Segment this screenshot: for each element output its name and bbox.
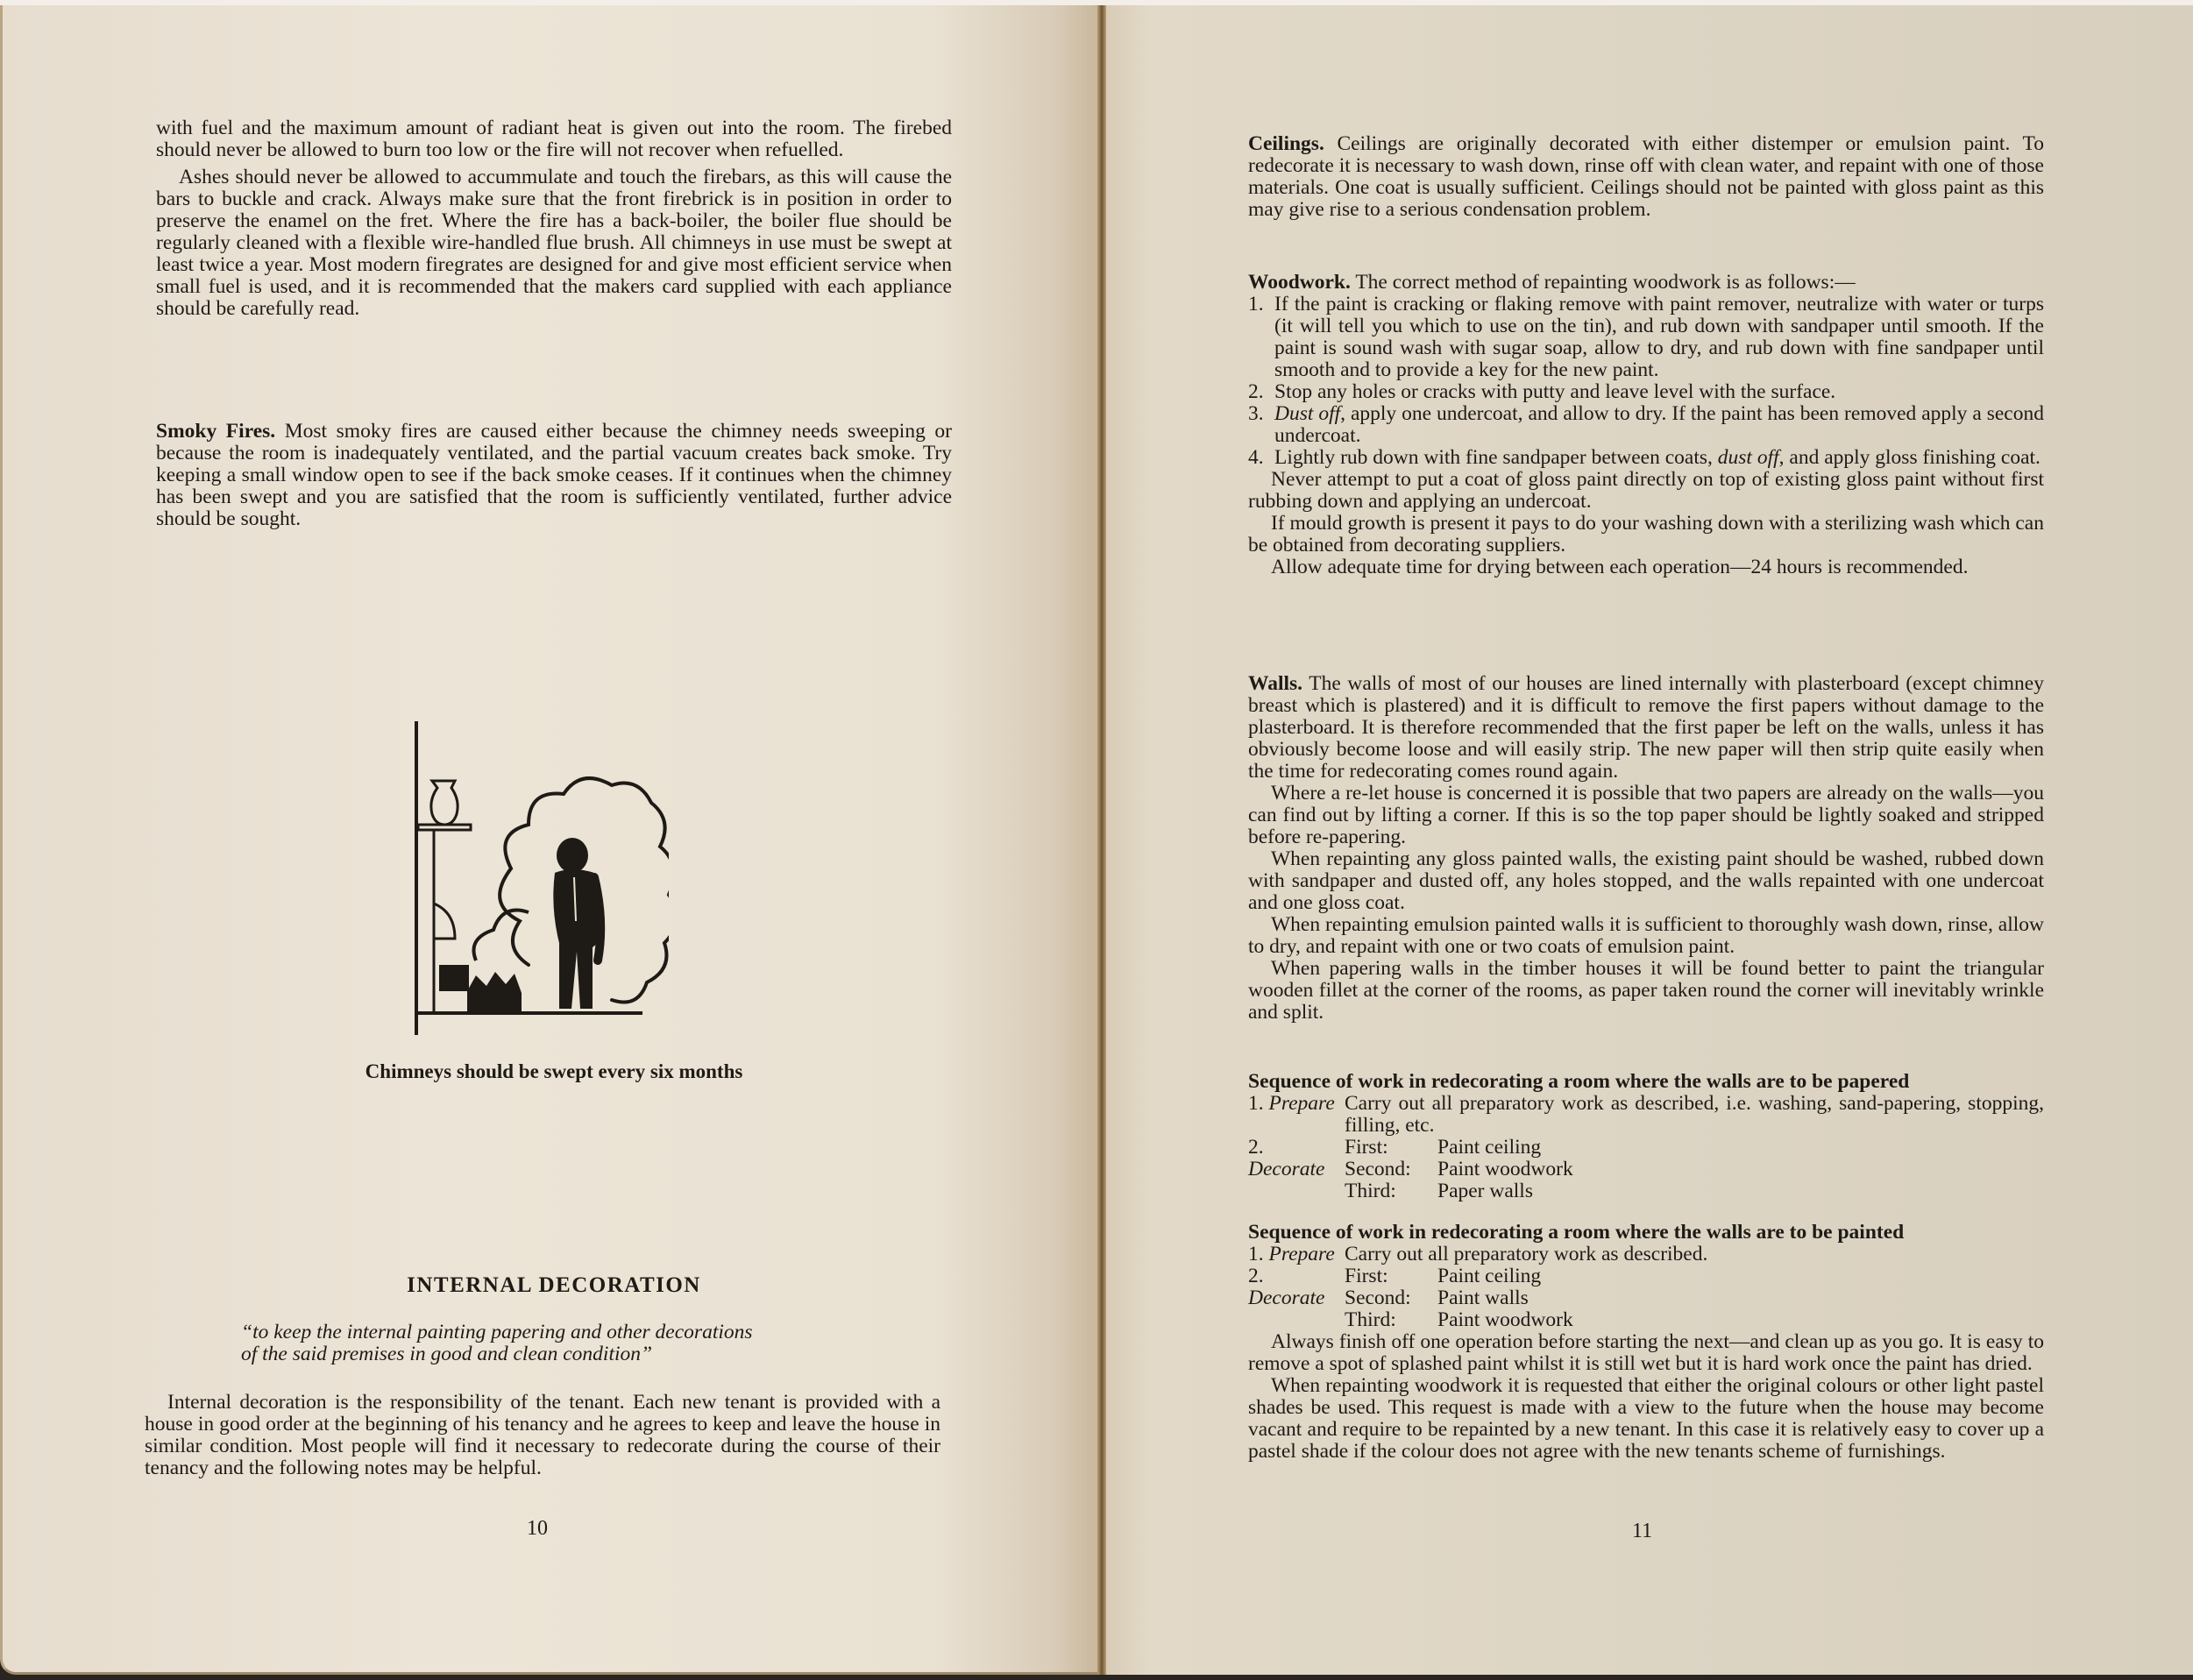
walls-heading: Walls. bbox=[1248, 672, 1302, 695]
sequence-papered-section: Sequence of work in redecorating a room … bbox=[1248, 1071, 2044, 1202]
sequence-painted-heading: Sequence of work in redecorating a room … bbox=[1248, 1222, 2044, 1244]
closing-paragraph-2: When repainting woodwork it is requested… bbox=[1248, 1375, 2044, 1463]
smoky-fires-paragraph: Smoky Fires. Most smoky fires are caused… bbox=[156, 421, 952, 530]
sequence-painted-section: Sequence of work in redecorating a room … bbox=[1248, 1222, 2044, 1463]
sequence-papered-prepare: 1. Prepare Carry out all preparatory wor… bbox=[1248, 1093, 2044, 1137]
man-head bbox=[557, 838, 588, 873]
quote-line-2: of the said premises in good and clean c… bbox=[241, 1343, 907, 1365]
smoky-fires-text: Most smoky fires are caused either becau… bbox=[156, 420, 952, 530]
chimney-smoke-illustration bbox=[415, 719, 669, 1035]
woodwork-step-4: 4. Lightly rub down with fine sandpaper … bbox=[1248, 447, 2044, 469]
sequence-step: First:Paint ceiling bbox=[1345, 1137, 2044, 1159]
ceilings-text: Ceilings are originally decorated with e… bbox=[1248, 132, 2044, 221]
illustration-caption: Chimneys should be swept every six month… bbox=[156, 1060, 952, 1082]
sequence-step: Second:Paint walls bbox=[1345, 1287, 2044, 1309]
internal-decoration-paragraph: Internal decoration is the responsibilit… bbox=[145, 1392, 940, 1479]
sequence-step: Third:Paint woodwork bbox=[1345, 1309, 2044, 1331]
woodwork-note-2: If mould growth is present it pays to do… bbox=[1248, 513, 2044, 556]
ceilings-heading: Ceilings. bbox=[1248, 132, 1324, 155]
page-number-right: 11 bbox=[1632, 1520, 1652, 1543]
walls-paragraph: Walls. The walls of most of our houses a… bbox=[1248, 673, 2044, 783]
ashes-paragraph: Ashes should never be allowed to accummu… bbox=[156, 167, 952, 320]
right-page: Ceilings. Ceilings are originally decora… bbox=[1106, 5, 2193, 1675]
closing-paragraph-1: Always finish off one operation before s… bbox=[1248, 1331, 2044, 1375]
woodwork-intro: Woodwork. The correct method of repainti… bbox=[1248, 272, 2044, 294]
internal-decoration-heading: INTERNAL DECORATION bbox=[156, 1274, 952, 1296]
walls-paragraph-2: Where a re-let house is concerned it is … bbox=[1248, 783, 2044, 848]
woodwork-note-3: Allow adequate time for drying between e… bbox=[1248, 556, 2044, 578]
sequence-step: First:Paint ceiling bbox=[1345, 1265, 2044, 1287]
sequence-step: Second:Paint woodwork bbox=[1345, 1159, 2044, 1180]
walls-paragraph-4: When repainting emulsion painted walls i… bbox=[1248, 914, 2044, 958]
sequence-papered-heading: Sequence of work in redecorating a room … bbox=[1248, 1071, 2044, 1093]
ceilings-paragraph: Ceilings. Ceilings are originally decora… bbox=[1248, 133, 2044, 221]
smoky-fires-heading: Smoky Fires. bbox=[156, 420, 275, 443]
sequence-painted-prepare: 1. Prepare Carry out all preparatory wor… bbox=[1248, 1244, 2044, 1265]
sequence-step: Third:Paper walls bbox=[1345, 1180, 2044, 1202]
vase-icon bbox=[431, 781, 458, 825]
woodwork-step-2: 2. Stop any holes or cracks with putty a… bbox=[1248, 381, 2044, 403]
page-number-left: 10 bbox=[527, 1517, 548, 1541]
woodwork-section: Woodwork. The correct method of repainti… bbox=[1248, 272, 2044, 578]
sequence-painted-decorate: 2. Decorate First:Paint ceiling Second:P… bbox=[1248, 1265, 2044, 1331]
sequence-papered-decorate: 2. Decorate First:Paint ceiling Second:P… bbox=[1248, 1137, 2044, 1202]
book-spine bbox=[1097, 5, 1106, 1675]
woodwork-heading: Woodwork. bbox=[1248, 271, 1351, 294]
walls-paragraph-3: When repainting any gloss painted walls,… bbox=[1248, 848, 2044, 914]
internal-decoration-body: Internal decoration is the responsibilit… bbox=[145, 1392, 940, 1479]
walls-section: Walls. The walls of most of our houses a… bbox=[1248, 673, 2044, 1024]
fuel-paragraph-block: with fuel and the maximum amount of radi… bbox=[156, 117, 952, 320]
intro-paragraph: with fuel and the maximum amount of radi… bbox=[156, 117, 952, 161]
walls-paragraph-5: When papering walls in the timber houses… bbox=[1248, 958, 2044, 1024]
smoky-fires-section: Smoky Fires. Most smoky fires are caused… bbox=[156, 421, 952, 530]
ceilings-section: Ceilings. Ceilings are originally decora… bbox=[1248, 133, 2044, 221]
quote-line-1: “to keep the internal painting papering … bbox=[241, 1322, 907, 1343]
left-page: with fuel and the maximum amount of radi… bbox=[0, 5, 1097, 1675]
woodwork-note-1: Never attempt to put a coat of gloss pai… bbox=[1248, 469, 2044, 513]
woodwork-step-1: 1. If the paint is cracking or flaking r… bbox=[1248, 294, 2044, 381]
tenancy-quote: “to keep the internal painting papering … bbox=[241, 1322, 907, 1365]
woodwork-step-3: 3. Dust off, apply one undercoat, and al… bbox=[1248, 403, 2044, 447]
